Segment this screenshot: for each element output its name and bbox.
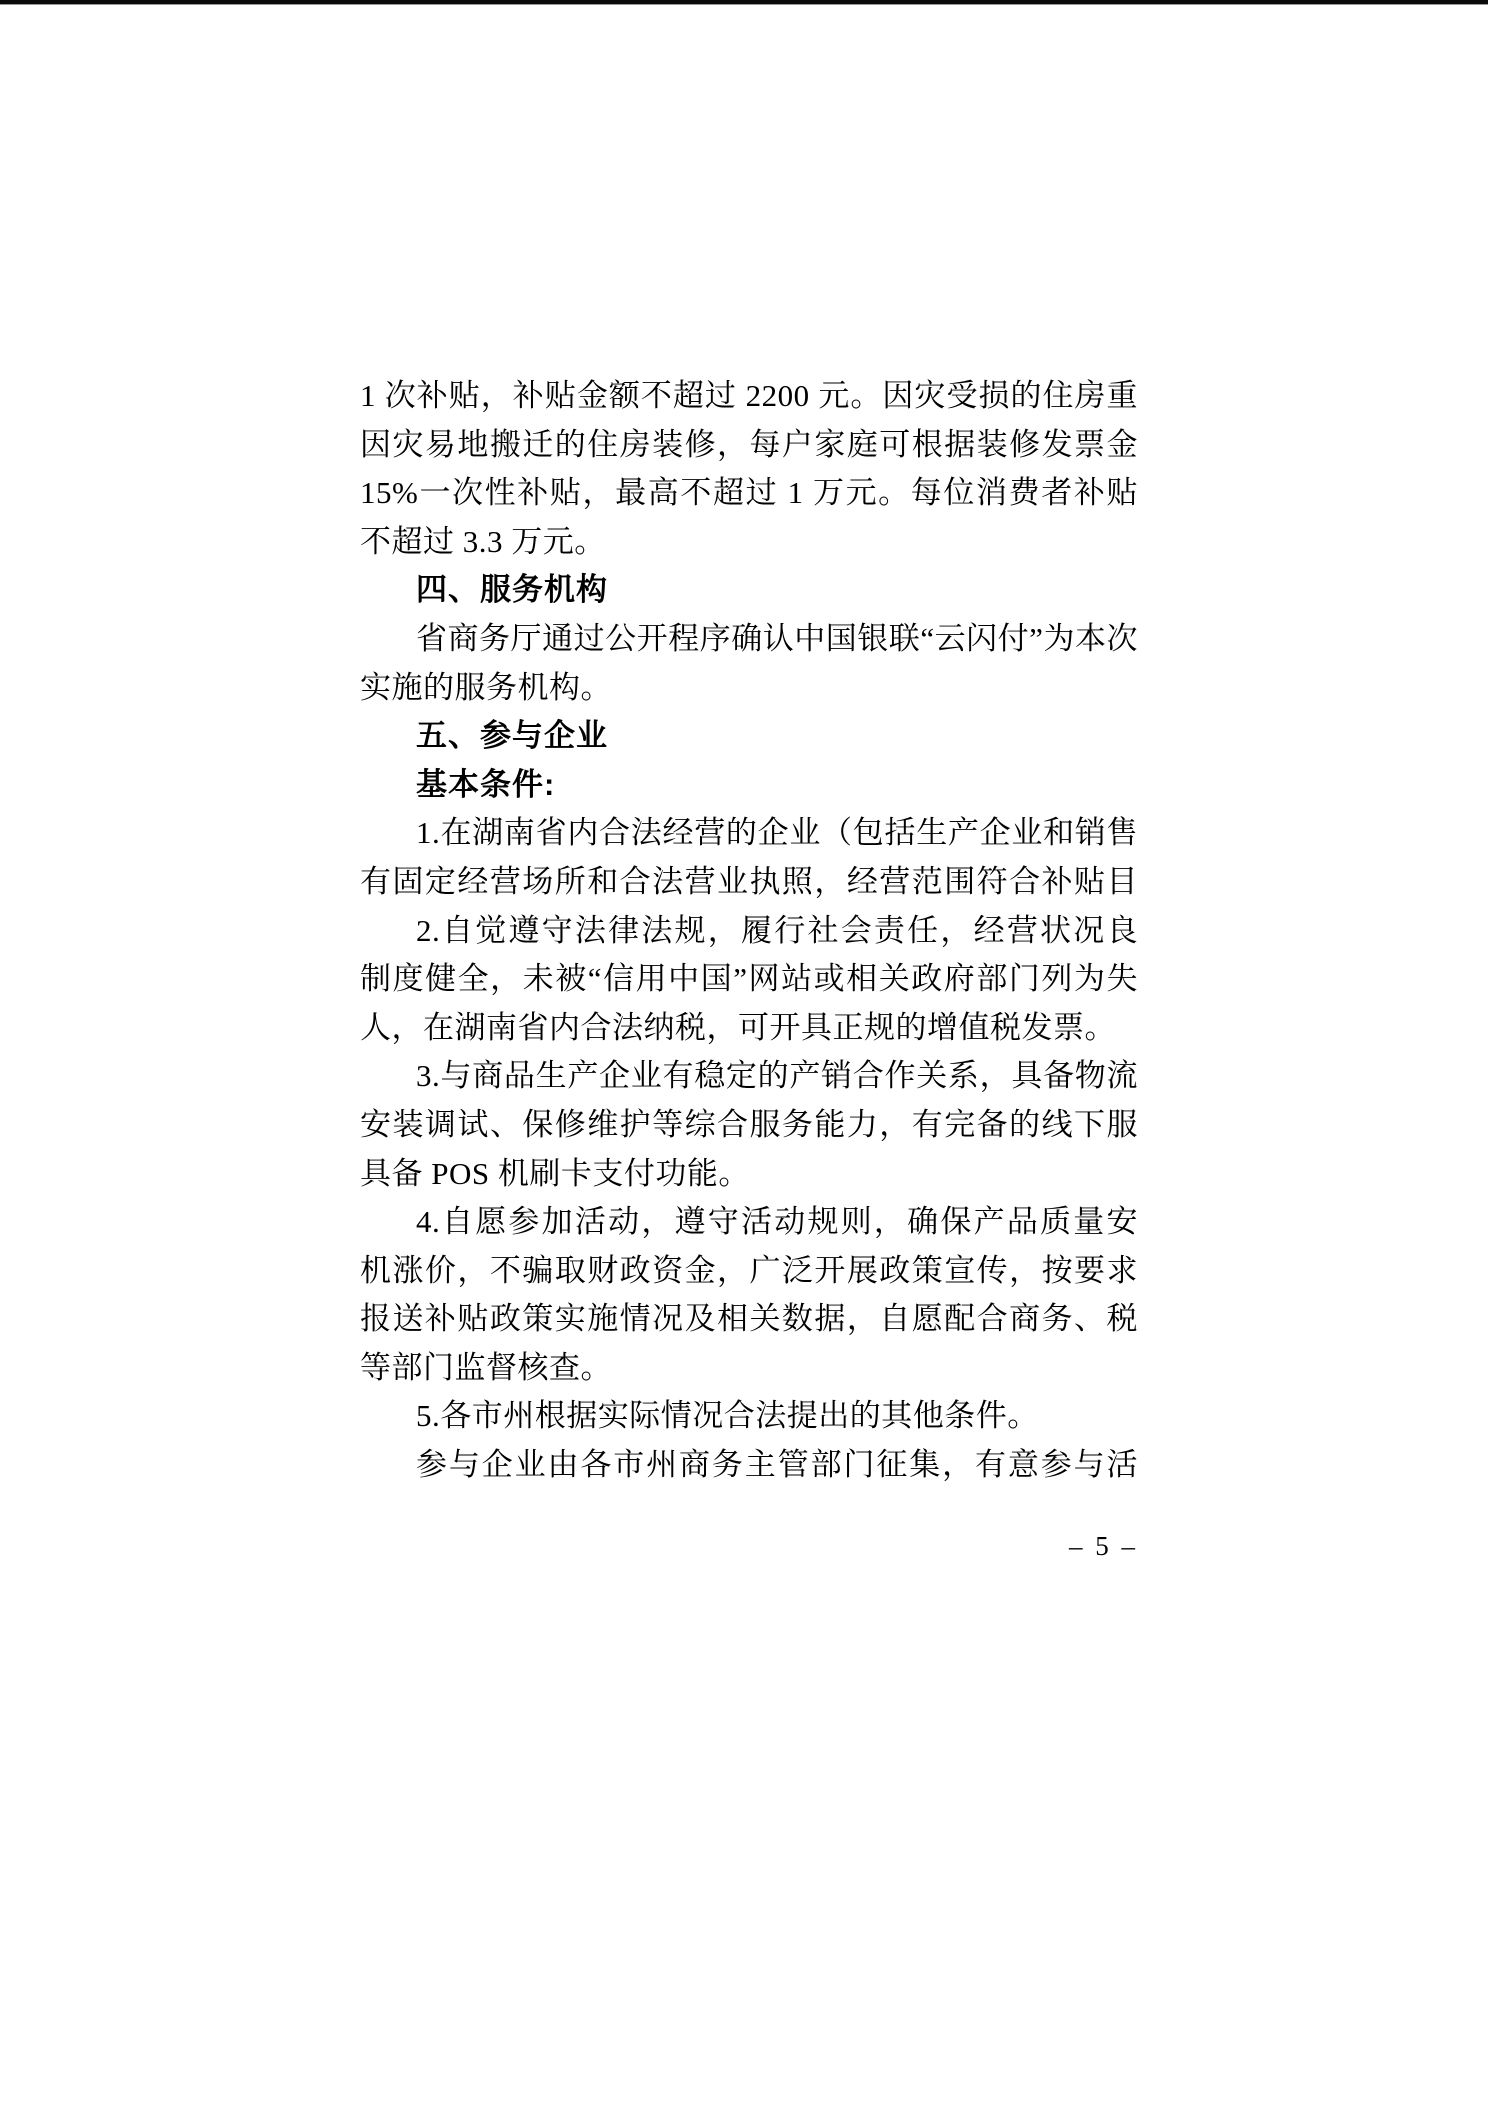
text-line: 安装调试、保修维护等综合服务能力，有完备的线下服务队伍。 <box>360 1101 1138 1150</box>
heading-line: 基本条件: <box>360 761 1138 810</box>
text-line: 报送补贴政策实施情况及相关数据，自愿配合商务、税务、财政 <box>360 1295 1138 1344</box>
text-line: 制度健全，未被“信用中国”网站或相关政府部门列为失信被执行 <box>360 955 1138 1004</box>
text-line: 15%一次性补贴，最高不超过 1 万元。每位消费者补贴金额总计 <box>360 469 1138 518</box>
page-number: – 5 – <box>360 1526 1138 1566</box>
text-line: 机涨价，不骗取财政资金，广泛开展政策宣传，按要求及时准确 <box>360 1247 1138 1296</box>
text-line: 有固定经营场所和合法营业执照，经营范围符合补贴目录。 <box>360 858 1138 907</box>
heading-line: 四、服务机构 <box>360 566 1138 615</box>
scan-artifact-bar <box>0 0 1488 5</box>
document-lines: 1 次补贴，补贴金额不超过 2200 元。因灾受损的住房重新装修、因灾易地搬迁的… <box>360 372 1138 1490</box>
text-line: 因灾易地搬迁的住房装修，每户家庭可根据装修发票金额给予 <box>360 421 1138 470</box>
text-line: 实施的服务机构。 <box>360 664 1138 713</box>
text-line: 3.与商品生产企业有稳定的产销合作关系，具备物流配送、 <box>360 1052 1138 1101</box>
text-line: 具备 POS 机刷卡支付功能。 <box>360 1150 1138 1199</box>
text-line: 4.自愿参加活动，遵守活动规则，确保产品质量安全，不趁 <box>360 1198 1138 1247</box>
text-line: 1.在湖南省内合法经营的企业（包括生产企业和销售企业）， <box>360 809 1138 858</box>
text-line: 参与企业由各市州商务主管部门征集，有意参与活动且符合 <box>360 1441 1138 1490</box>
text-line: 1 次补贴，补贴金额不超过 2200 元。因灾受损的住房重新装修、 <box>360 372 1138 421</box>
text-line: 2.自觉遵守法律法规，履行社会责任，经营状况良好，财务 <box>360 907 1138 956</box>
document-page: 1 次补贴，补贴金额不超过 2200 元。因灾受损的住房重新装修、因灾易地搬迁的… <box>0 0 1488 2104</box>
text-line: 等部门监督核查。 <box>360 1344 1138 1393</box>
text-line: 省商务厅通过公开程序确认中国银联“云闪付”为本次活动 <box>360 615 1138 664</box>
text-line: 不超过 3.3 万元。 <box>360 518 1138 567</box>
text-line: 5.各市州根据实际情况合法提出的其他条件。 <box>360 1392 1138 1441</box>
text-line: 人，在湖南省内合法纳税，可开具正规的增值税发票。 <box>360 1004 1138 1053</box>
heading-line: 五、参与企业 <box>360 712 1138 761</box>
